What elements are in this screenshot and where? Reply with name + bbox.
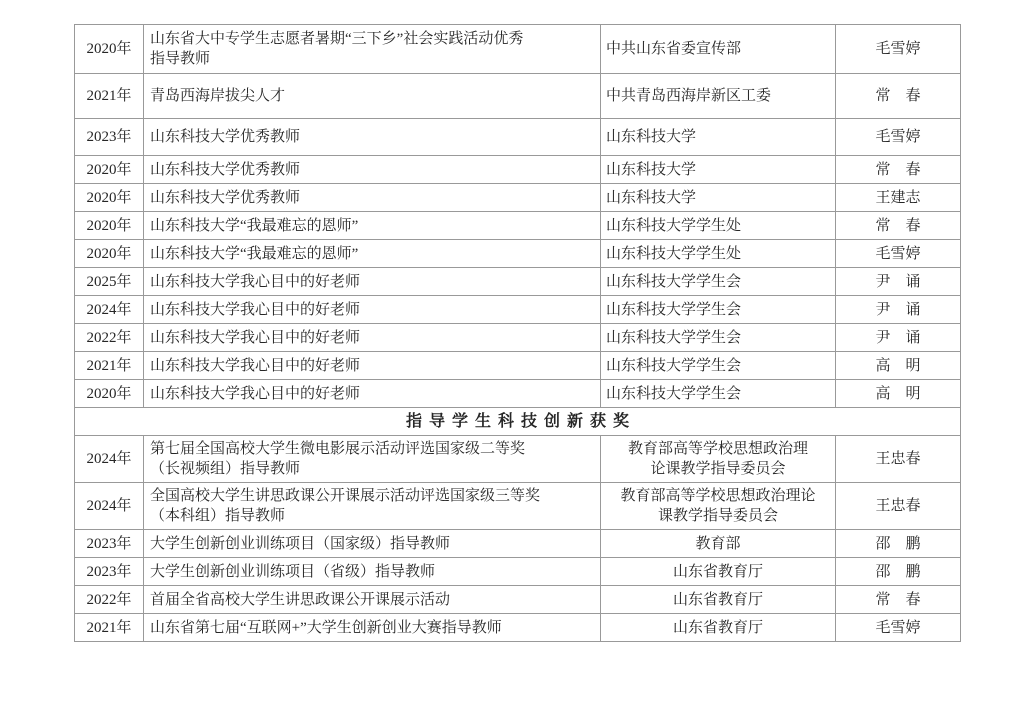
award-cell: 青岛西海岸拔尖人才: [144, 74, 601, 119]
name-cell: 常 春: [836, 74, 961, 119]
table-row: 2022年山东科技大学我心目中的好老师山东科技大学学生会尹 诵: [75, 324, 961, 352]
name-cell: 高 明: [836, 380, 961, 408]
award-cell: 山东科技大学我心目中的好老师: [144, 296, 601, 324]
award-cell: 首届全省高校大学生讲思政课公开课展示活动: [144, 586, 601, 614]
year-cell: 2024年: [75, 483, 144, 530]
name-cell: 高 明: [836, 352, 961, 380]
award-cell: 山东科技大学“我最难忘的恩师”: [144, 212, 601, 240]
name-cell: 毛雪婷: [836, 614, 961, 642]
name-cell: 常 春: [836, 212, 961, 240]
year-cell: 2024年: [75, 436, 144, 483]
org-cell: 山东科技大学学生处: [601, 240, 836, 268]
awards-table-body: 2020年山东省大中专学生志愿者暑期“三下乡”社会实践活动优秀 指导教师中共山东…: [75, 25, 961, 642]
table-row: 2020年山东科技大学我心目中的好老师山东科技大学学生会高 明: [75, 380, 961, 408]
name-cell: 毛雪婷: [836, 119, 961, 156]
awards-table: 2020年山东省大中专学生志愿者暑期“三下乡”社会实践活动优秀 指导教师中共山东…: [74, 24, 961, 642]
table-row: 2021年山东科技大学我心目中的好老师山东科技大学学生会高 明: [75, 352, 961, 380]
award-cell: 全国高校大学生讲思政课公开课展示活动评选国家级三等奖 （本科组）指导教师: [144, 483, 601, 530]
table-row: 2021年青岛西海岸拔尖人才中共青岛西海岸新区工委常 春: [75, 74, 961, 119]
name-cell: 常 春: [836, 586, 961, 614]
section-header: 指导学生科技创新获奖: [75, 408, 961, 436]
table-row: 2021年山东省第七届“互联网+”大学生创新创业大赛指导教师山东省教育厅毛雪婷: [75, 614, 961, 642]
award-cell: 第七届全国高校大学生微电影展示活动评选国家级二等奖 （长视频组）指导教师: [144, 436, 601, 483]
org-cell: 教育部: [601, 530, 836, 558]
table-row: 2024年全国高校大学生讲思政课公开课展示活动评选国家级三等奖 （本科组）指导教…: [75, 483, 961, 530]
org-cell: 山东科技大学学生会: [601, 324, 836, 352]
table-row: 2022年首届全省高校大学生讲思政课公开课展示活动山东省教育厅常 春: [75, 586, 961, 614]
org-cell: 山东省教育厅: [601, 614, 836, 642]
org-cell: 山东科技大学学生会: [601, 296, 836, 324]
name-cell: 王忠春: [836, 436, 961, 483]
table-row: 2025年山东科技大学我心目中的好老师山东科技大学学生会尹 诵: [75, 268, 961, 296]
award-cell: 山东科技大学“我最难忘的恩师”: [144, 240, 601, 268]
award-cell: 山东省大中专学生志愿者暑期“三下乡”社会实践活动优秀 指导教师: [144, 25, 601, 74]
name-cell: 尹 诵: [836, 296, 961, 324]
award-cell: 山东科技大学我心目中的好老师: [144, 352, 601, 380]
award-cell: 山东科技大学优秀教师: [144, 119, 601, 156]
table-row: 2024年山东科技大学我心目中的好老师山东科技大学学生会尹 诵: [75, 296, 961, 324]
table-row: 2020年山东科技大学优秀教师山东科技大学常 春: [75, 156, 961, 184]
name-cell: 毛雪婷: [836, 240, 961, 268]
table-row: 2024年第七届全国高校大学生微电影展示活动评选国家级二等奖 （长视频组）指导教…: [75, 436, 961, 483]
org-cell: 山东科技大学: [601, 184, 836, 212]
year-cell: 2020年: [75, 380, 144, 408]
year-cell: 2021年: [75, 74, 144, 119]
award-cell: 山东科技大学优秀教师: [144, 184, 601, 212]
year-cell: 2020年: [75, 25, 144, 74]
table-row: 2020年山东科技大学优秀教师山东科技大学王建志: [75, 184, 961, 212]
award-cell: 大学生创新创业训练项目（国家级）指导教师: [144, 530, 601, 558]
org-cell: 山东科技大学: [601, 119, 836, 156]
name-cell: 邵 鹏: [836, 558, 961, 586]
table-row: 2020年山东科技大学“我最难忘的恩师”山东科技大学学生处常 春: [75, 212, 961, 240]
table-row: 2020年山东科技大学“我最难忘的恩师”山东科技大学学生处毛雪婷: [75, 240, 961, 268]
year-cell: 2023年: [75, 530, 144, 558]
name-cell: 邵 鹏: [836, 530, 961, 558]
name-cell: 王建志: [836, 184, 961, 212]
name-cell: 毛雪婷: [836, 25, 961, 74]
section-header-row: 指导学生科技创新获奖: [75, 408, 961, 436]
org-cell: 山东科技大学学生会: [601, 352, 836, 380]
year-cell: 2022年: [75, 586, 144, 614]
year-cell: 2020年: [75, 156, 144, 184]
year-cell: 2021年: [75, 352, 144, 380]
award-cell: 大学生创新创业训练项目（省级）指导教师: [144, 558, 601, 586]
year-cell: 2021年: [75, 614, 144, 642]
year-cell: 2023年: [75, 119, 144, 156]
year-cell: 2022年: [75, 324, 144, 352]
award-cell: 山东科技大学我心目中的好老师: [144, 324, 601, 352]
org-cell: 中共山东省委宣传部: [601, 25, 836, 74]
award-cell: 山东科技大学我心目中的好老师: [144, 380, 601, 408]
org-cell: 山东科技大学学生会: [601, 380, 836, 408]
table-row: 2023年大学生创新创业训练项目（省级）指导教师山东省教育厅邵 鹏: [75, 558, 961, 586]
year-cell: 2020年: [75, 184, 144, 212]
org-cell: 教育部高等学校思想政治理论 课教学指导委员会: [601, 483, 836, 530]
org-cell: 中共青岛西海岸新区工委: [601, 74, 836, 119]
org-cell: 山东科技大学学生会: [601, 268, 836, 296]
org-cell: 山东省教育厅: [601, 586, 836, 614]
name-cell: 常 春: [836, 156, 961, 184]
year-cell: 2023年: [75, 558, 144, 586]
name-cell: 王忠春: [836, 483, 961, 530]
year-cell: 2020年: [75, 240, 144, 268]
award-cell: 山东省第七届“互联网+”大学生创新创业大赛指导教师: [144, 614, 601, 642]
document-page: 2020年山东省大中专学生志愿者暑期“三下乡”社会实践活动优秀 指导教师中共山东…: [0, 0, 1024, 724]
award-cell: 山东科技大学优秀教师: [144, 156, 601, 184]
org-cell: 山东科技大学学生处: [601, 212, 836, 240]
org-cell: 山东省教育厅: [601, 558, 836, 586]
name-cell: 尹 诵: [836, 324, 961, 352]
table-row: 2020年山东省大中专学生志愿者暑期“三下乡”社会实践活动优秀 指导教师中共山东…: [75, 25, 961, 74]
year-cell: 2025年: [75, 268, 144, 296]
table-row: 2023年大学生创新创业训练项目（国家级）指导教师教育部邵 鹏: [75, 530, 961, 558]
table-row: 2023年山东科技大学优秀教师山东科技大学毛雪婷: [75, 119, 961, 156]
org-cell: 山东科技大学: [601, 156, 836, 184]
award-cell: 山东科技大学我心目中的好老师: [144, 268, 601, 296]
year-cell: 2020年: [75, 212, 144, 240]
year-cell: 2024年: [75, 296, 144, 324]
name-cell: 尹 诵: [836, 268, 961, 296]
org-cell: 教育部高等学校思想政治理 论课教学指导委员会: [601, 436, 836, 483]
